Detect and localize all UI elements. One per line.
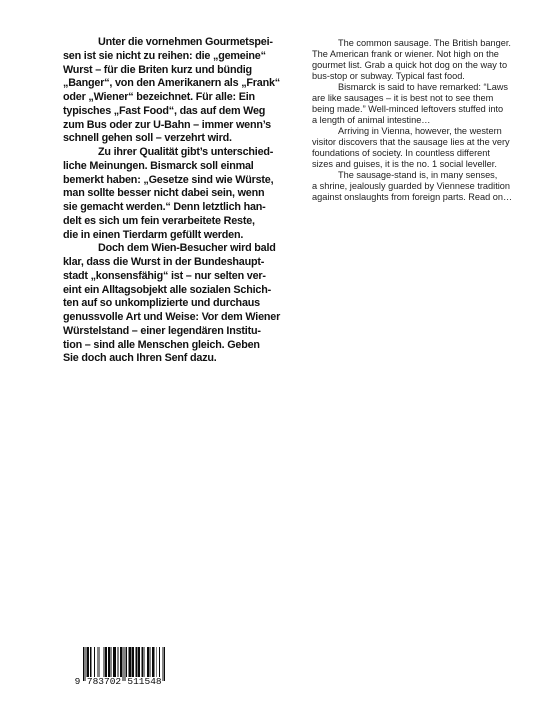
german-paragraph-2: Zu ihrer Qualität gibt’s unterschied- li…: [63, 146, 328, 242]
german-paragraph-1: Unter die vornehmen Gourmetspei- sen ist…: [63, 36, 328, 146]
english-paragraph-1: The common sausage. The British banger. …: [312, 38, 552, 82]
isbn-digit-group1: 783702: [86, 676, 122, 688]
english-paragraph-4: The sausage-stand is, in many senses, a …: [312, 170, 552, 203]
book-page: Unter die vornehmen Gourmetspei- sen ist…: [0, 0, 560, 725]
isbn-digit-prefix: 9: [73, 676, 82, 688]
english-paragraph-2: Bismarck is said to have remarked: “Laws…: [312, 82, 552, 126]
english-text-column: The common sausage. The British banger. …: [312, 38, 552, 203]
english-paragraph-3: Arriving in Vienna, however, the western…: [312, 126, 552, 170]
isbn-digit-group2: 511548: [126, 676, 163, 688]
german-text-column: Unter die vornehmen Gourmetspei- sen ist…: [63, 36, 328, 366]
isbn-barcode: 9 783702 511548: [75, 647, 167, 691]
german-paragraph-3: Doch dem Wien-Besucher wird bald klar, d…: [63, 242, 328, 366]
